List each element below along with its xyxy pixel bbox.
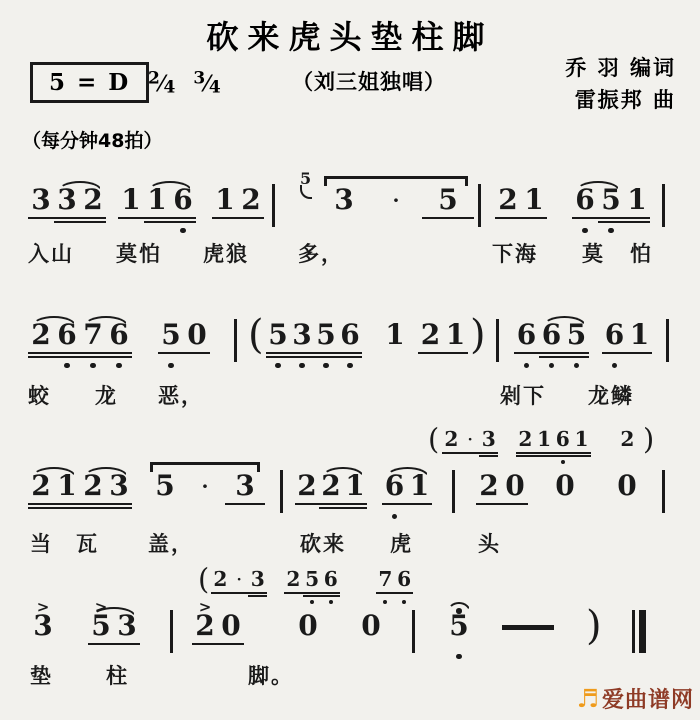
lyric: 莫	[582, 238, 605, 268]
note-digit: 6	[517, 320, 536, 350]
note: 0	[184, 307, 210, 369]
note: 6	[395, 560, 414, 605]
barline	[280, 470, 283, 513]
beam-line	[158, 352, 184, 354]
octave-dot	[116, 363, 122, 369]
lyric: 砍来	[300, 528, 346, 558]
lyric: 入山	[28, 238, 74, 268]
note-digit: 2	[498, 185, 517, 215]
beam-line	[192, 643, 218, 645]
note-group: 21	[495, 172, 547, 234]
note-digit: 3	[292, 320, 311, 350]
beam-line	[80, 352, 106, 354]
note-digit: 5	[305, 569, 319, 591]
note-group: 12	[212, 172, 264, 234]
beam-line	[319, 503, 343, 505]
interlude-paren: (	[248, 309, 264, 361]
score-line: >3>53>20005)	[0, 598, 700, 662]
octave-dot	[524, 363, 530, 369]
note-group: 5356	[266, 307, 362, 369]
note-group: 76	[376, 560, 413, 605]
note-group: >3	[30, 598, 56, 660]
note-digit: 6	[556, 429, 570, 451]
note: 6	[602, 307, 627, 369]
note-digit: 1	[575, 429, 589, 451]
note-digit: 2	[195, 611, 214, 641]
note-group: 50	[158, 307, 210, 369]
note: 2	[476, 458, 502, 520]
lyric: 下海	[492, 238, 538, 268]
note-digit: 3	[33, 611, 52, 641]
note-digit: 2	[286, 569, 300, 591]
octave-dot	[299, 363, 305, 369]
note-digit: 0	[298, 611, 317, 641]
beam-line	[461, 452, 480, 454]
note: 6	[553, 420, 572, 465]
note-digit: 1	[537, 429, 551, 451]
beam-line	[321, 595, 340, 597]
lyric: 盖，	[148, 528, 194, 558]
note-group: 53·5	[296, 172, 474, 234]
note: 2	[495, 172, 521, 234]
note-group: >53	[88, 598, 140, 660]
octave-dot	[456, 654, 462, 660]
note: 2	[442, 420, 461, 465]
note-digit: 1	[627, 185, 646, 215]
note-digit: 3	[482, 429, 496, 451]
note-group: 0	[552, 458, 578, 520]
lyric: 脚。	[248, 660, 294, 690]
beam-line	[314, 352, 338, 354]
beam-line	[627, 352, 652, 354]
octave-dot	[549, 363, 555, 369]
beam-line	[572, 455, 591, 457]
beam-line	[28, 217, 54, 219]
lyric: 虎狼	[203, 238, 249, 268]
lyric: 瓦	[76, 528, 99, 558]
lyric: 当	[30, 528, 53, 558]
beam-line	[28, 352, 54, 354]
note: 3	[290, 307, 314, 369]
note: 2	[618, 420, 637, 465]
barline-stroke	[280, 470, 283, 513]
note-digit: 6	[340, 320, 359, 350]
note-digit: 3	[31, 185, 50, 215]
note-group: 256	[284, 560, 340, 605]
note-digit: 1	[121, 185, 140, 215]
note-digit: 2	[421, 320, 440, 350]
note-group: 332	[28, 172, 106, 234]
note: 1	[521, 172, 547, 234]
note-digit: 1	[524, 185, 543, 215]
beam-line	[144, 217, 170, 219]
beam-line	[564, 352, 589, 354]
note: 5	[314, 307, 338, 369]
note: 0	[218, 598, 244, 660]
note-digit: 2	[620, 429, 634, 451]
octave-dot	[582, 228, 588, 234]
note-group: 0	[295, 598, 321, 660]
lyric: 垫	[30, 660, 53, 690]
note-digit: 0	[505, 471, 524, 501]
note: 0	[614, 458, 640, 520]
octave-dot	[275, 363, 281, 369]
note-digit: 0	[221, 611, 240, 641]
interlude-paren: )	[643, 421, 654, 458]
note-digit: 2	[213, 569, 227, 591]
beam-line	[553, 455, 572, 457]
barline-stroke	[666, 319, 669, 362]
note-digit: ·	[237, 569, 242, 591]
score-line: 267650(5356121)66561	[0, 307, 700, 371]
beam-line	[54, 217, 80, 219]
barline	[412, 610, 415, 653]
note-group: 61	[382, 458, 432, 520]
octave-dot	[64, 363, 70, 369]
note: 0	[552, 458, 578, 520]
beam-line	[290, 356, 314, 358]
octave-dot	[383, 600, 387, 604]
beam-line	[54, 221, 80, 223]
beam-line	[284, 592, 303, 594]
octave-dot	[392, 514, 398, 520]
note-group: 221	[295, 458, 367, 520]
music-note-icon: ♬	[577, 686, 599, 711]
beam-line	[476, 503, 502, 505]
note-group: 651	[572, 172, 650, 234]
note-digit: 3	[235, 471, 254, 501]
beam-line	[212, 217, 238, 219]
note: >3	[30, 598, 56, 660]
note-group: 2123	[28, 458, 132, 520]
beam-line	[230, 592, 249, 594]
note-digit: 3	[334, 185, 353, 215]
note-digit: 5	[161, 320, 180, 350]
note-group: 665	[514, 307, 589, 369]
note-group: 2676	[28, 307, 132, 369]
octave-dot	[180, 228, 186, 234]
note-digit: 0	[361, 611, 380, 641]
lyric: 恶，	[158, 380, 204, 410]
beam-line	[266, 352, 290, 354]
beam-line	[303, 592, 322, 594]
note-group: 2·3	[211, 560, 267, 605]
note-digit: ·	[393, 185, 400, 215]
beam-line	[144, 221, 170, 223]
note-group: 20	[476, 458, 528, 520]
beam-line	[382, 503, 407, 505]
barline-stroke	[170, 610, 173, 653]
beam-line	[106, 352, 132, 354]
beam-line	[54, 356, 80, 358]
note: 0	[502, 458, 528, 520]
note: 2	[238, 172, 264, 234]
lyric: 多，	[298, 238, 344, 268]
beam-line	[28, 503, 54, 505]
beam-line	[535, 452, 554, 454]
beam-line	[80, 503, 106, 505]
note-digit: 3	[251, 569, 265, 591]
octave-dot	[561, 460, 565, 464]
note-group: 0	[358, 598, 384, 660]
note-digit: 2	[297, 471, 316, 501]
note-digit: 5	[268, 320, 287, 350]
beam-line	[442, 452, 461, 454]
note: 1	[443, 307, 468, 369]
octave-dot	[90, 363, 96, 369]
note: 2	[211, 560, 230, 605]
beam-line	[443, 352, 468, 354]
barline	[478, 184, 481, 227]
octave-dot	[323, 363, 329, 369]
note: 5	[158, 307, 184, 369]
note: 0	[358, 598, 384, 660]
note-digit: 1	[385, 320, 404, 350]
beam-line	[80, 507, 106, 509]
beam-line	[572, 217, 598, 219]
beam-line	[407, 503, 432, 505]
note-group: >20	[192, 598, 244, 660]
barline	[662, 184, 665, 227]
note-digit: ·	[202, 471, 209, 501]
note: 2	[418, 307, 443, 369]
beam-line	[238, 217, 264, 219]
beam-line	[248, 595, 267, 597]
beam-line	[376, 592, 395, 594]
octave-dot	[402, 600, 406, 604]
score-line: 21235·3221612000	[0, 458, 700, 522]
note: 2	[284, 560, 303, 605]
note: ·	[230, 560, 249, 605]
held-note-dash	[502, 625, 554, 630]
octave-dot	[612, 363, 618, 369]
note-digit: 6	[605, 320, 624, 350]
beam-line	[343, 507, 367, 509]
beam-line	[114, 643, 140, 645]
octave-dot	[310, 600, 314, 604]
note-digit: 1	[630, 320, 649, 350]
beam-line	[106, 356, 132, 358]
beam-line	[211, 592, 230, 594]
octave-dot	[347, 363, 353, 369]
beam-line	[118, 217, 144, 219]
beam-line	[303, 595, 322, 597]
beam-line	[343, 503, 367, 505]
note-digit: 2	[479, 471, 498, 501]
note: 1	[572, 420, 591, 465]
lyric: 虎	[390, 528, 413, 558]
tie-bracket	[324, 176, 468, 186]
note-digit: 5	[449, 611, 468, 641]
note-digit: 7	[378, 569, 392, 591]
note-group: 61	[602, 307, 652, 369]
note: 3	[28, 172, 54, 234]
note: 0	[295, 598, 321, 660]
beam-line	[521, 217, 547, 219]
note: 1	[212, 172, 238, 234]
note-digit: 0	[617, 471, 636, 501]
note: 3	[479, 420, 498, 465]
beam-line	[290, 352, 314, 354]
barline	[170, 610, 173, 653]
beam-line	[80, 356, 106, 358]
barline-stroke	[639, 610, 646, 653]
barline	[496, 319, 499, 362]
barline-stroke	[452, 470, 455, 513]
note-digit: 1	[215, 185, 234, 215]
beam-line	[106, 507, 132, 509]
beam-line	[495, 217, 521, 219]
note: >2	[192, 598, 218, 660]
beam-line	[170, 217, 196, 219]
beam-line	[295, 503, 319, 505]
watermark-site-name: 爱曲谱网	[602, 683, 694, 714]
beam-line	[338, 356, 362, 358]
lyric: 剁下	[500, 380, 546, 410]
beam-line	[395, 592, 414, 594]
beam-line	[624, 217, 650, 219]
beam-line	[535, 455, 554, 457]
beam-line	[106, 503, 132, 505]
note-digit: 1	[446, 320, 465, 350]
note-group: 116	[118, 172, 196, 234]
beam-line	[598, 221, 624, 223]
tie-bracket	[150, 462, 260, 472]
beam-line	[80, 221, 106, 223]
interlude-paren: )	[470, 309, 486, 361]
octave-dot	[608, 228, 614, 234]
note: 6	[338, 307, 362, 369]
interlude-paren: (	[428, 421, 439, 458]
beam-line	[479, 452, 498, 454]
beam-line	[184, 352, 210, 354]
note: 2	[295, 458, 319, 520]
beam-line	[516, 452, 535, 454]
note-group: 5	[446, 598, 472, 660]
score-line: 3321161253·521651	[0, 172, 700, 236]
interlude-paren: (	[198, 561, 209, 598]
note: 1	[382, 307, 408, 369]
note: 1	[118, 172, 144, 234]
beam-line	[28, 356, 54, 358]
barline-stroke	[234, 319, 237, 362]
note-digit: 0	[187, 320, 206, 350]
lyric: 头	[478, 528, 501, 558]
beam-line	[502, 503, 528, 505]
note-digit: 2	[444, 429, 458, 451]
octave-dot	[574, 363, 580, 369]
beam-line	[514, 352, 539, 354]
note: 1	[627, 307, 652, 369]
interlude-paren: )	[586, 600, 602, 652]
beam-line	[572, 452, 591, 454]
beam-line	[170, 221, 196, 223]
beam-line	[266, 356, 290, 358]
beam-line	[225, 503, 265, 505]
note-digit: 5	[316, 320, 335, 350]
beam-line	[54, 507, 80, 509]
grace-note: 5	[296, 172, 318, 234]
barline-stroke	[662, 470, 665, 513]
beam-line	[319, 507, 343, 509]
beam-line	[624, 221, 650, 223]
note: 1	[535, 420, 554, 465]
barline-stroke	[272, 184, 275, 227]
note-group: 5·3	[145, 458, 265, 520]
barline	[452, 470, 455, 513]
beam-line	[479, 455, 498, 457]
note: 6	[514, 307, 539, 369]
note: 6	[321, 560, 340, 605]
note-digit: 5	[438, 185, 457, 215]
note-group: 21	[418, 307, 468, 369]
barline-stroke	[478, 184, 481, 227]
lyric: 龙鳞	[588, 380, 634, 410]
lyric: 怕	[630, 238, 653, 268]
beam-line	[28, 507, 54, 509]
score: 3321161253·521651入山莫怕虎狼多，下海莫怕267650(5356…	[0, 0, 700, 720]
beam-line	[553, 452, 572, 454]
note-group: 0	[614, 458, 640, 520]
note-group: 2161	[516, 420, 591, 465]
barline	[272, 184, 275, 227]
beam-line	[539, 352, 564, 354]
beam-line	[54, 352, 80, 354]
beam-line	[602, 352, 627, 354]
lyric: 龙	[95, 380, 118, 410]
barline	[234, 319, 237, 362]
note-digit: 5	[155, 471, 174, 501]
beam-line	[338, 352, 362, 354]
note: 5	[266, 307, 290, 369]
note: 7	[376, 560, 395, 605]
lyric: 蛟	[28, 380, 51, 410]
note: 2	[516, 420, 535, 465]
note-group: 2·3	[442, 420, 498, 465]
note-digit: 2	[241, 185, 260, 215]
note-digit: 2	[518, 429, 532, 451]
beam-line	[248, 592, 267, 594]
beam-line	[422, 217, 474, 219]
note-digit: 6	[324, 569, 338, 591]
note: 5	[303, 560, 322, 605]
note: 1	[624, 172, 650, 234]
beam-line	[218, 643, 244, 645]
barline-stroke	[496, 319, 499, 362]
lyric: 柱	[106, 660, 129, 690]
beam-line	[88, 643, 114, 645]
lyric: 莫怕	[116, 238, 162, 268]
beam-line	[516, 455, 535, 457]
beam-line	[54, 503, 80, 505]
barline-stroke	[662, 184, 665, 227]
beam-line	[321, 592, 340, 594]
note-digit: 6	[397, 569, 411, 591]
barline	[666, 319, 669, 362]
barline-stroke	[632, 610, 635, 653]
final-barline	[632, 610, 646, 653]
barline-stroke	[412, 610, 415, 653]
beam-line	[564, 356, 589, 358]
octave-dot	[329, 600, 333, 604]
note-group: 2	[618, 420, 637, 465]
sheet-music-page: 砍来虎头垫柱脚 5 = D 2⁄43⁄4 （刘三姐独唱） 乔 羽 编词 雷振邦 …	[0, 0, 700, 720]
note-group: 1	[382, 307, 408, 369]
note-digit: 0	[555, 471, 574, 501]
beam-line	[314, 356, 338, 358]
note: ·	[461, 420, 480, 465]
beam-line	[418, 352, 443, 354]
